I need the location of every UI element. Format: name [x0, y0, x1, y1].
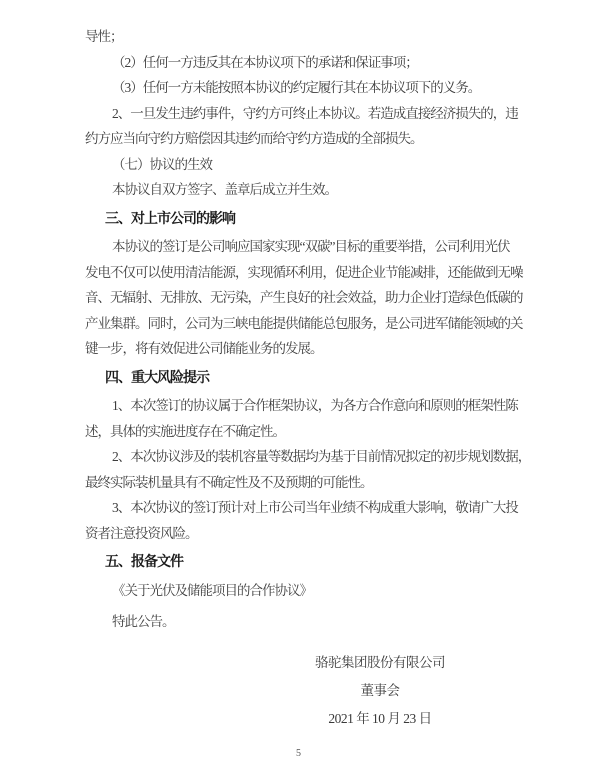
- impact-paragraph-line-2: 发电不仅可以使用清洁能源，实现循环利用，促进企业节能减排，还能做到无噪: [85, 260, 527, 286]
- signature-date: 2021 年 10 月 23 日: [270, 705, 490, 733]
- impact-paragraph-line-3: 音、无辐射、无排放、无污染，产生良好的社会效益，助力企业打造绿色低碳的: [85, 285, 527, 311]
- page-number: 5: [0, 748, 597, 759]
- effectiveness-subheading: （七）协议的生效: [85, 152, 527, 178]
- section-3-heading: 三、对上市公司的影响: [85, 207, 527, 233]
- impact-paragraph-line-5: 键一步，将有效促进公司储能业务的发展。: [85, 336, 527, 362]
- termination-clause-line-2: 约方应当向守约方赔偿因其违约而给守约方造成的全部损失。: [85, 126, 527, 152]
- risk-item-2-line-1: 2、本次协议涉及的装机容量等数据均为基于目前情况拟定的初步规划数据，: [85, 444, 527, 470]
- breach-item-3: （3）任何一方未能按照本协议的约定履行其在本协议项下的义务。: [85, 75, 527, 101]
- section-5-heading: 五、报备文件: [85, 550, 527, 576]
- risk-item-2-line-2: 最终实际装机量具有不确定性及不及预期的可能性。: [85, 470, 527, 496]
- section-4-heading: 四、重大风险提示: [85, 366, 527, 392]
- impact-paragraph-line-4: 产业集群。同时，公司为三峡电能提供储能总包服务，是公司进军储能领域的关: [85, 311, 527, 337]
- signature-board-of-directors: 董事会: [270, 677, 490, 705]
- termination-clause-line-1: 2、一旦发生违约事件，守约方可终止本协议。若造成直接经济损失的，违: [85, 101, 527, 127]
- closing-statement: 特此公告。: [85, 609, 527, 635]
- filed-document-title: 《关于光伏及储能项目的合作协议》: [85, 578, 527, 604]
- risk-item-1-line-2: 述，具体的实施进度存在不确定性。: [85, 419, 527, 445]
- breach-item-2: （2）任何一方违反其在本协议项下的承诺和保证事项；: [85, 50, 527, 76]
- signature-block: 骆驼集团股份有限公司 董事会 2021 年 10 月 23 日: [270, 649, 490, 733]
- signature-company-name: 骆驼集团股份有限公司: [270, 649, 490, 677]
- risk-item-1-line-1: 1、本次签订的协议属于合作框架协议，为各方合作意向和原则的框架性陈: [85, 393, 527, 419]
- impact-paragraph-line-1: 本协议的签订是公司响应国家实现“双碳”目标的重要举措，公司利用光伏: [85, 234, 527, 260]
- carryover-line: 导性；: [85, 24, 527, 50]
- document-page: 导性； （2）任何一方违反其在本协议项下的承诺和保证事项； （3）任何一方未能按…: [0, 0, 597, 772]
- effectiveness-text: 本协议自双方签字、盖章后成立并生效。: [85, 177, 527, 203]
- risk-item-3-line-2: 资者注意投资风险。: [85, 521, 527, 547]
- risk-item-3-line-1: 3、本次协议的签订预计对上市公司当年业绩不构成重大影响，敬请广大投: [85, 495, 527, 521]
